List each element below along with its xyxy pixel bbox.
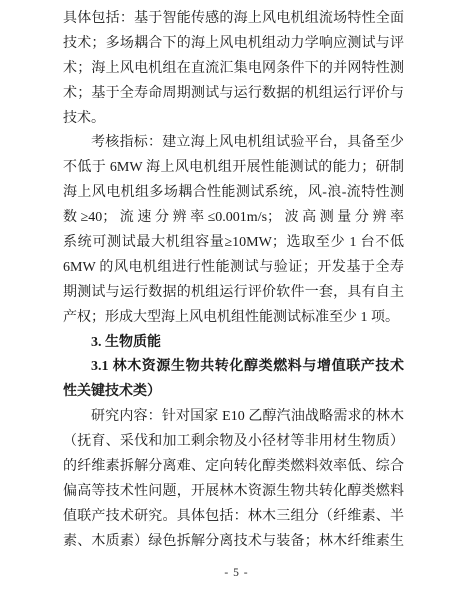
document-line: 系统可测试最大机组容量≥10MW；选取至少 1 台不低于 <box>63 231 404 256</box>
document-line: （抚育、采伐和加工剩余物及小径材等非用材生物质）固有 <box>63 430 404 455</box>
page-number: - 5 - <box>0 567 473 579</box>
document-line: 技术。 <box>63 107 404 132</box>
document-page: 具体包括：基于智能传感的海上风电机组流场特性全面测量 技术；多场耦合下的海上风电… <box>0 0 473 616</box>
document-line: 产权；形成大型海上风电机组性能测试标准至少 1 项。 <box>63 306 404 331</box>
document-line: 期测试与运行数据的机组运行评价软件一套，具有自主知识 <box>63 281 404 306</box>
document-line: 具体包括：基于智能传感的海上风电机组流场特性全面测量 <box>63 7 404 32</box>
document-line: 术；海上风电机组在直流汇集电网条件下的并网特性测试技 <box>63 57 404 82</box>
document-line: 的纤维素拆解分离难、定向转化醇类燃料效率低、综合成本 <box>63 455 404 480</box>
document-line: 数≥40；流速分辨率≤0.001m/s；波高测量分辨率≤0.01m； <box>63 206 404 231</box>
document-line: 考核指标：建立海上风电机组试验平台，具备至少 5 台 <box>63 131 404 156</box>
document-line: 海上风电机组多场耦合性能测试系统，风-浪-流特性测试参 <box>63 181 404 206</box>
document-line: 值联产技术研究。具体包括：林木三组分（纤维素、半纤维 <box>63 505 404 530</box>
document-line: 技术；多场耦合下的海上风电机组动力学响应测试与评估技 <box>63 32 404 57</box>
document-line: 素、木质素）绿色拆解分离技术与装备；林木纤维素生物酶 <box>63 530 404 555</box>
document-line: 不低于 6MW 海上风电机组开展性能测试的能力；研制大型 <box>63 156 404 181</box>
document-line: 偏高等技术性问题，开展林木资源生物共转化醇类燃料与增 <box>63 480 404 505</box>
document-body: 具体包括：基于智能传感的海上风电机组流场特性全面测量 技术；多场耦合下的海上风电… <box>63 7 404 555</box>
subsection-heading-3-1-cont: 性关键技术类） <box>63 380 404 405</box>
section-heading-biomass: 3. 生物质能 <box>63 331 404 356</box>
document-line: 研究内容：针对国家 E10 乙醇汽油战略需求的林木资源 <box>63 405 404 430</box>
document-line: 6MW 的风电机组进行性能测试与验证；开发基于全寿命周 <box>63 256 404 281</box>
subsection-heading-3-1: 3.1 林木资源生物共转化醇类燃料与增值联产技术（共 <box>63 355 404 380</box>
document-line: 术；基于全寿命周期测试与运行数据的机组运行评价与验证 <box>63 82 404 107</box>
